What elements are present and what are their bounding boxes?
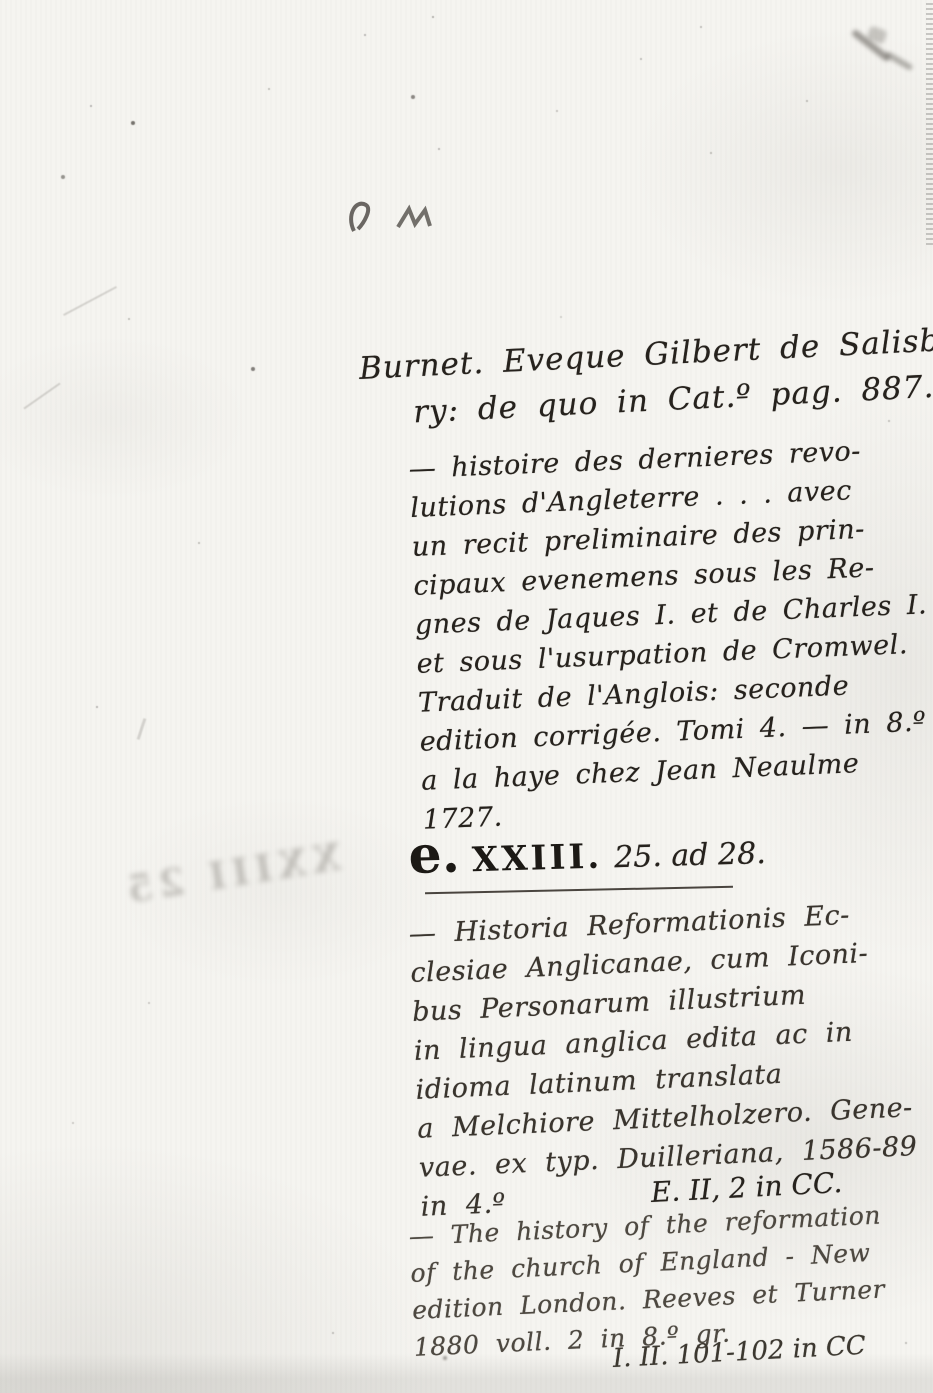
shelfmark-range: 25. ad 28. (614, 836, 767, 875)
shelfmark-letter: e. (408, 835, 460, 876)
pencil-scratch (23, 383, 60, 410)
show-through-stamp: XXIII 25 (110, 834, 344, 913)
page-edge-shadow (926, 0, 933, 245)
corner-ink-smudge (885, 51, 914, 71)
catalog-heading: Burnet. Eveque Gilbert de Salisbu ry: de… (358, 317, 933, 438)
paper-speckles (0, 0, 2, 2)
pencil-scratch (137, 718, 147, 740)
shelfmark-roman-numeral: XXIII. (471, 837, 602, 881)
stray-ink-mark (340, 193, 470, 241)
shelfmark-underline (425, 886, 733, 894)
pencil-scratch (63, 286, 117, 316)
entry-french-1727: — histoire des dernieres revo- lutions d… (408, 428, 933, 840)
shelfmark-printed: e. XXIII. 25. ad 28. (408, 826, 766, 882)
manuscript-page: XXIII 25 Burnet. Eveque Gilbert de Salis… (0, 0, 933, 1393)
